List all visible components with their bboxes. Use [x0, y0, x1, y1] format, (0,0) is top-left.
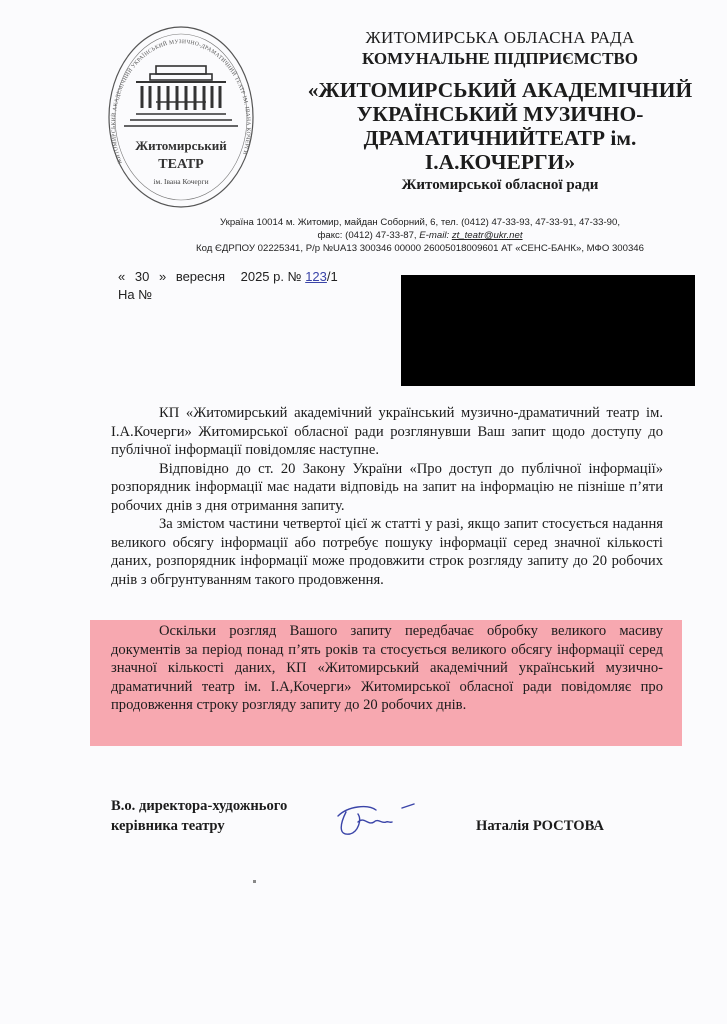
- fax-email-line: факс: (0412) 47-33-87, E-mail: zt_teatr@…: [150, 229, 690, 242]
- council-name: ЖИТОМИРСЬКА ОБЛАСНА РАДА: [290, 28, 710, 48]
- handwritten-signature-icon: [328, 796, 418, 841]
- letter-body: КП «Житомирський академічний український…: [111, 404, 663, 589]
- address-line: Україна 10014 м. Житомир, майдан Соборни…: [150, 216, 690, 229]
- paragraph: За змістом частини четвертої цієї ж стат…: [111, 515, 663, 589]
- enterprise-name-line3: ДРАМАТИЧНИЙТЕАТР ім. І.А.КОЧЕРГИ»: [290, 126, 710, 174]
- enterprise-name-line2: УКРАЇНСЬКИЙ МУЗИЧНО-: [290, 102, 710, 126]
- svg-text:Житомирський: Житомирський: [135, 138, 227, 153]
- registration-block: « 30 » вересня 2025 р. № 123/1 На №: [118, 268, 338, 304]
- theatre-building-icon: Житомирський ТЕАТР ім. Івана Кочерги ЖИТ…: [106, 22, 256, 212]
- signatory-title: В.о. директора-художнього керівника теат…: [111, 796, 287, 836]
- svg-text:ім. Івана Кочерги: ім. Івана Кочерги: [153, 177, 208, 186]
- reply-to-number: На №: [118, 286, 338, 304]
- signatory-name: Наталія РОСТОВА: [476, 816, 604, 836]
- theatre-seal-logo: Житомирський ТЕАТР ім. Івана Кочерги ЖИТ…: [106, 22, 256, 212]
- letterhead: ЖИТОМИРСЬКА ОБЛАСНА РАДА КОМУНАЛЬНЕ ПІДП…: [290, 28, 710, 195]
- enterprise-name-line1: «ЖИТОМИРСЬКИЙ АКАДЕМІЧНИЙ: [290, 78, 710, 102]
- highlighted-paragraph: Оскільки розгляд Вашого запиту передбача…: [111, 622, 663, 715]
- date-year: 2025 р.: [241, 269, 284, 284]
- fax: факс: (0412) 47-33-87,: [317, 230, 416, 241]
- enterprise-subtitle: Житомирської обласної ради: [290, 175, 710, 195]
- enterprise-type: КОМУНАЛЬНЕ ПІДПРИЄМСТВО: [290, 48, 710, 69]
- bank-details-line: Код ЄДРПОУ 02225341, Р/р №UA13 300346 00…: [150, 242, 690, 255]
- paragraph: Відповідно до ст. 20 Закону України «Про…: [111, 460, 663, 516]
- address-block: Україна 10014 м. Житомир, майдан Соборни…: [150, 216, 690, 255]
- outgoing-number-line: « 30 » вересня 2025 р. № 123/1: [118, 268, 338, 286]
- highlighted-paragraph-block: Оскільки розгляд Вашого запиту передбача…: [111, 622, 663, 715]
- paragraph: КП «Житомирський академічний український…: [111, 404, 663, 460]
- scan-speck: [253, 880, 256, 883]
- number-suffix: /1: [327, 269, 338, 284]
- date-month: вересня: [176, 269, 225, 284]
- date-day: 30: [135, 269, 149, 284]
- svg-text:ТЕАТР: ТЕАТР: [158, 157, 204, 172]
- email-link[interactable]: zt_teatr@ukr.net: [452, 230, 523, 241]
- redacted-recipient-block: [401, 275, 695, 386]
- handwritten-number: 123: [305, 269, 327, 284]
- email-label: E-mail:: [419, 230, 449, 241]
